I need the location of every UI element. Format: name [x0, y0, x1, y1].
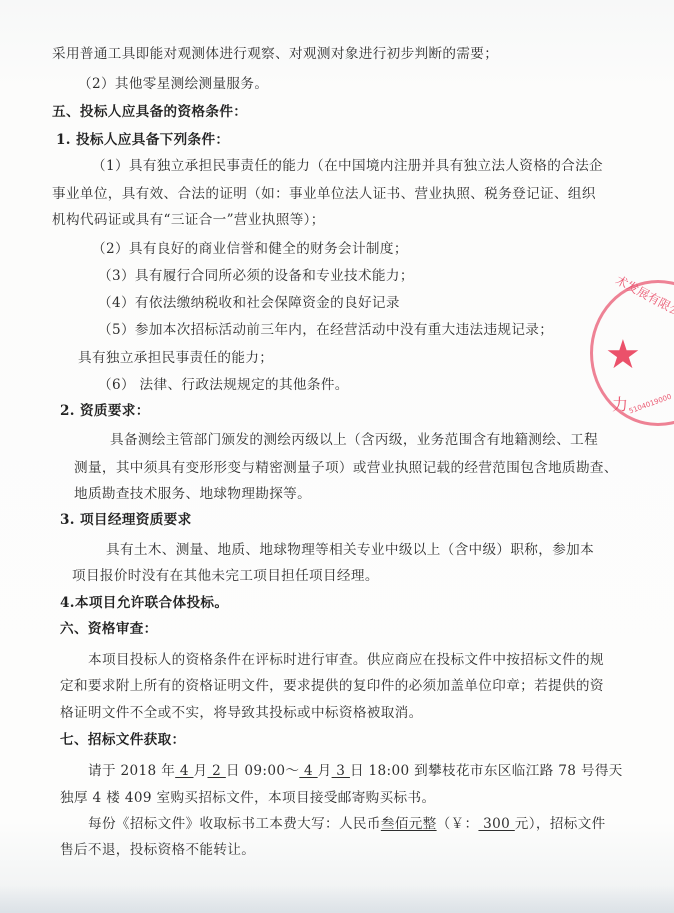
text-line: 机构代码证或具有“三证合一”营业执照等）； [52, 211, 325, 229]
end-month: 4 [299, 763, 317, 779]
text-line: 项目报价时没有在其他未完工项目担任项目经理。 [72, 567, 379, 585]
text-line: （6） 法律、行政法规规定的其他条件。 [98, 376, 349, 394]
section-heading: 七、招标文件获取： [60, 731, 186, 749]
text-line: 售后不退，投标资格不能转让。 [60, 841, 255, 859]
fee-line: 每份《招标文件》收取标书工本费大写：人民币叁佰元整（￥： 300 元），招标文件 [88, 815, 606, 833]
text-line: 具有独立承担民事责任的能力； [78, 349, 273, 367]
fee-mid: （￥： [437, 816, 479, 832]
subsection-heading: 3. 项目经理资质要求 [60, 511, 192, 529]
text-line: 采用普通工具即能对观测体进行观察、对观测对象进行初步判断的需要； [52, 45, 498, 63]
start-day: 2 [207, 763, 225, 779]
text-line: 测量，其中须具有变形形变与精密测量子项）或营业执照记载的经营范围包含地质勘查、 [74, 459, 618, 477]
purchase-time-line: 请于 2018 年 4 月 2 日 09:00～ 4 月 3 日 18:00 到… [88, 762, 623, 780]
seal-star-icon: ★ [605, 335, 641, 375]
text-line: 具备测绘主管部门颁发的测绘丙级以上（含丙级，业务范围含有地籍测绘、工程 [110, 431, 598, 449]
start-month: 4 [175, 763, 193, 779]
section-heading: 五、投标人应具备的资格条件： [52, 103, 247, 121]
document-page: 采用普通工具即能对观测体进行观察、对观测对象进行初步判断的需要； （2）其他零星… [0, 0, 674, 913]
scan-edge [0, 885, 674, 913]
text-line: 定和要求附上所有的资格证明文件，要求提供的复印件的必须加盖单位印章；若提供的资 [60, 677, 604, 695]
text-line: 独厚 4 楼 409 室购买招标文件，本项目接受邮寄购买标书。 [60, 789, 435, 807]
text-line: 格证明文件不全或不实，将导致其投标或中标资格被取消。 [60, 704, 423, 722]
end-day: 3 [332, 763, 350, 779]
purchase-suffix: 日 18:00 到攀枝花市东区临江路 78 号得天 [350, 763, 623, 779]
text-line: 地质勘查技术服务、地球物理勘探等。 [74, 485, 311, 503]
text-line: （1）具有独立承担民事责任的能力（在中国境内注册并具有独立法人资格的合法企 [92, 157, 603, 175]
purchase-mid: 日 09:00～ [226, 763, 299, 779]
fee-amount: 300 [478, 816, 514, 832]
text-line: （5）参加本次招标活动前三年内，在经营活动中没有重大违法违规记录； [98, 321, 553, 339]
text-line: （3）具有履行合同所必须的设备和专业技术能力； [98, 267, 414, 285]
text-line: 具有土木、测量、地质、地球物理等相关专业中级以上（含中级）职称，参加本 [106, 541, 594, 559]
subsection-heading: 1. 投标人应具备下列条件： [56, 131, 229, 149]
text-line: 事业单位，具有效、合法的证明（如：事业单位法人证书、营业执照、税务登记证、组织 [52, 185, 596, 203]
text-line: 4.本项目允许联合体投标。 [60, 594, 228, 612]
text-line: （2）具有良好的商业信誉和健全的财务会计制度； [92, 240, 408, 258]
text-line: 本项目投标人的资格条件在评标时进行审查。供应商应在投标文件中按招标文件的规 [88, 651, 604, 669]
seal-text: 力 [612, 392, 628, 415]
fee-amount-words: 叁佰元整 [381, 816, 437, 832]
month-label: 月 [318, 763, 332, 779]
subsection-heading: 2. 资质要求： [60, 402, 150, 420]
fee-suffix: 元），招标文件 [515, 816, 606, 832]
purchase-prefix: 请于 2018 年 [88, 763, 175, 779]
month-label: 月 [194, 763, 208, 779]
section-heading: 六、资格审查： [60, 620, 158, 638]
text-line: （4）有依法缴纳税收和社会保障资金的良好记录 [98, 294, 400, 312]
fee-prefix: 每份《招标文件》收取标书工本费大写：人民币 [88, 816, 381, 832]
text-line: （2）其他零星测绘测量服务。 [78, 75, 268, 93]
